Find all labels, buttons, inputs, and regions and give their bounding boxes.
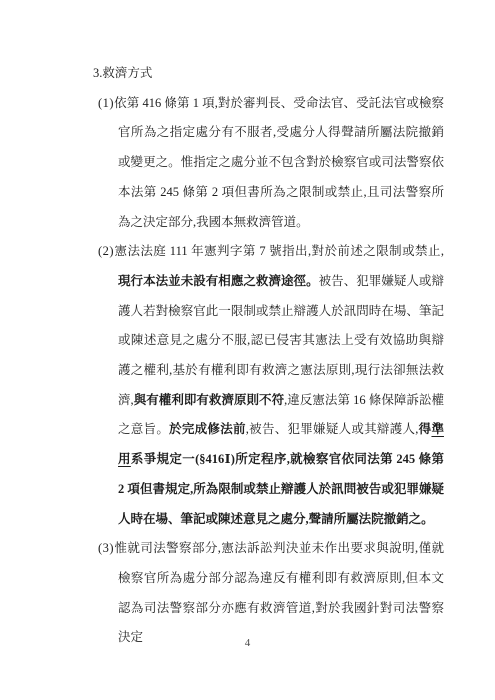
paragraph-number: (3) bbox=[98, 541, 114, 555]
text-segment: 得 bbox=[418, 422, 431, 436]
text-segment: 現行本法並未設有相應之救濟途徑。 bbox=[118, 274, 319, 288]
paragraph-item: (2)憲法法庭 111 年憲判字第 7 號指出,對於前述之限制或禁止,現行本法並… bbox=[98, 237, 444, 534]
text-segment: ,被告、犯罪嫌疑人或其辯護人, bbox=[246, 422, 419, 436]
paragraph-number: (1) bbox=[98, 96, 114, 110]
text-segment: 於完成修法前 bbox=[169, 422, 246, 436]
document-page: 3.救濟方式 (1)依第 416 條第 1 項,對於審判長、受命法官、受託法官或… bbox=[0, 0, 495, 700]
section-heading-text: 3.救濟方式 bbox=[93, 66, 152, 80]
paragraph-item: (1)依第 416 條第 1 項,對於審判長、受命法官、受託法官或檢察官所為之指… bbox=[98, 89, 444, 238]
text-segment: 被告、犯罪嫌疑人或辯護人若對檢察官此一限制或禁止辯護人於訊問時在場、筆記或陳述意… bbox=[118, 274, 444, 407]
text-content: 3.救濟方式 (1)依第 416 條第 1 項,對於審判長、受命法官、受託法官或… bbox=[98, 59, 444, 653]
text-segment: 系爭規定一(§416Ⅰ)所定程序,就檢察官依同法第 245 條第 2 項但書規定… bbox=[118, 452, 444, 525]
text-segment: 依第 416 條第 1 項,對於審判長、受命法官、受託法官或檢察官所為之指定處分… bbox=[114, 96, 444, 229]
text-segment: 與有權利即有救濟原則不符 bbox=[134, 393, 284, 407]
paragraph-number: (2) bbox=[98, 244, 114, 258]
page-number: 4 bbox=[0, 636, 495, 650]
text-segment: 惟就司法警察部分,憲法訴訟判決並未作出要求與說明,僅就檢察官所為處分部分認為違反… bbox=[114, 541, 444, 644]
section-heading: 3.救濟方式 bbox=[93, 59, 444, 89]
text-segment: 憲法法庭 111 年憲判字第 7 號指出,對於前述之限制或禁止, bbox=[114, 244, 444, 258]
